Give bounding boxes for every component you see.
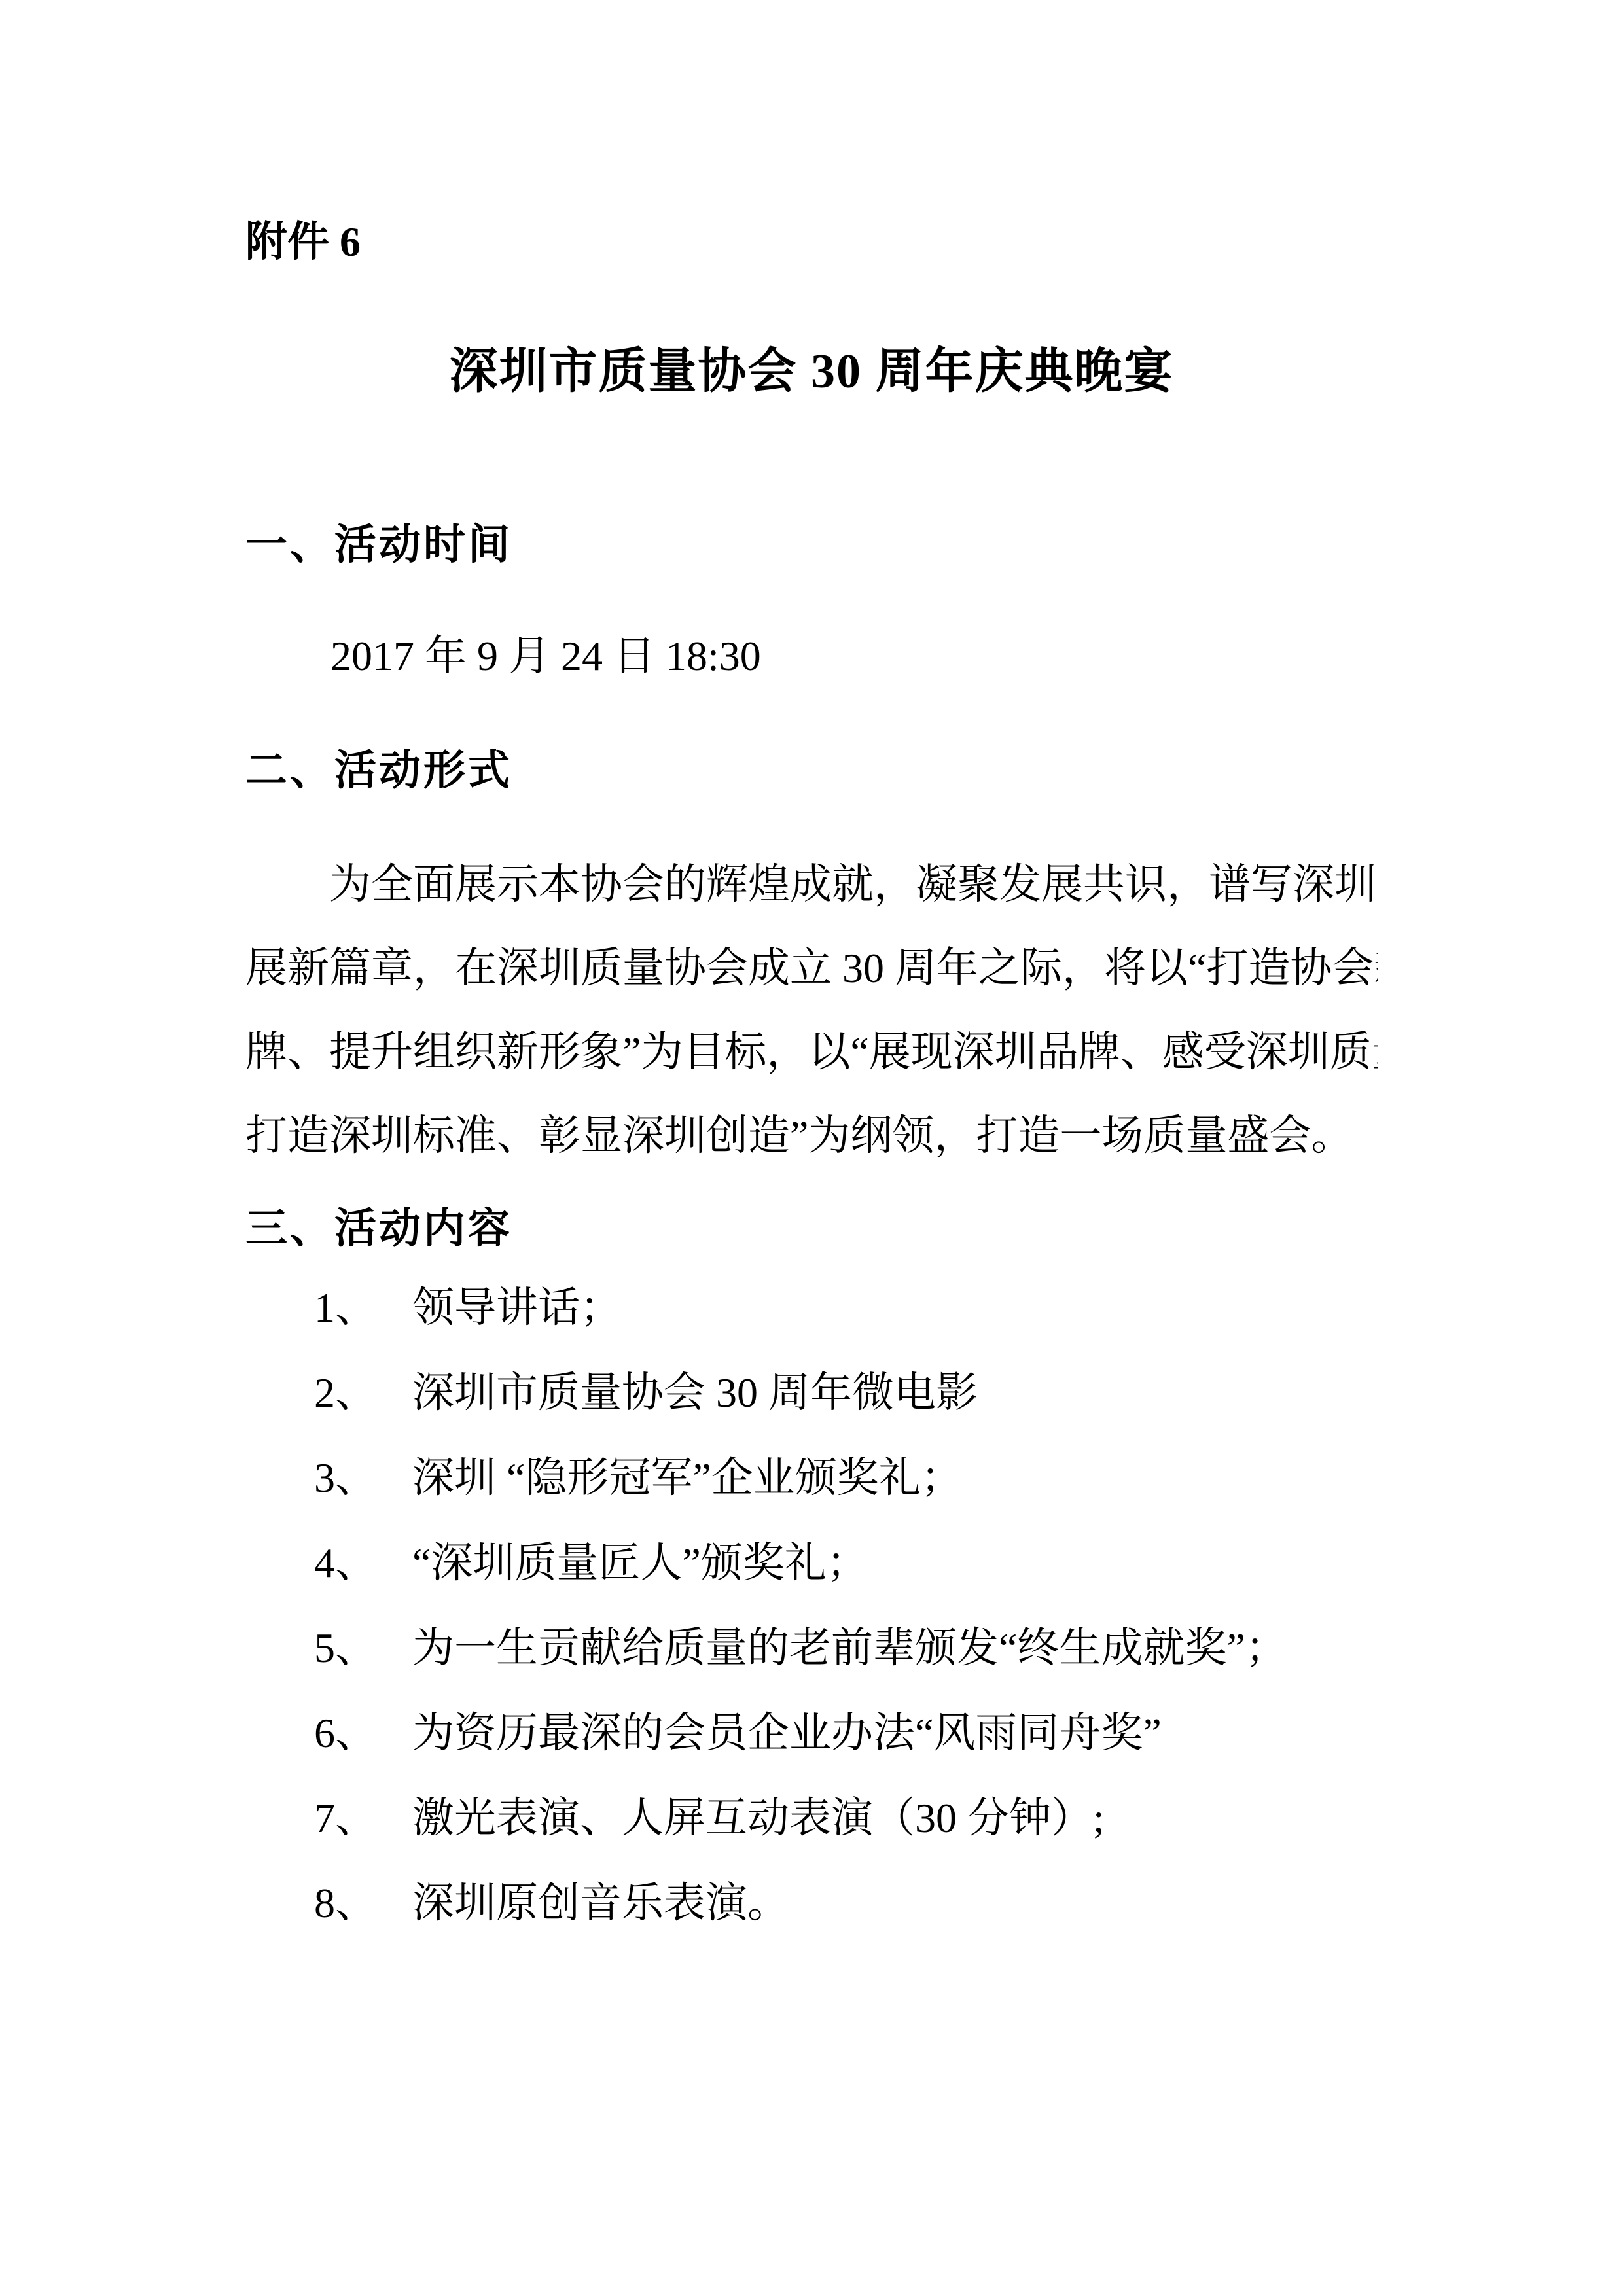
document-page: 附件 6 深圳市质量协会 30 周年庆典晚宴 一、活动时间 2017 年 9 月… — [0, 0, 1623, 2296]
list-item-3: 3、深圳 “隐形冠军”企业颁奖礼； — [245, 1436, 1378, 1521]
item-number: 5、 — [314, 1606, 412, 1691]
item-text: 深圳原创音乐表演。 — [412, 1880, 789, 1926]
attachment-label: 附件 6 — [245, 221, 1378, 263]
section-heading-event-time: 一、活动时间 — [245, 523, 1378, 567]
event-time-text: 2017 年 9 月 24 日 18:30 — [245, 635, 1378, 678]
list-item-1: 1、领导讲话； — [245, 1265, 1378, 1351]
event-content-list: 1、领导讲话； 2、深圳市质量协会 30 周年微电影 3、深圳 “隐形冠军”企业… — [245, 1265, 1378, 1946]
item-text: “深圳质量匠人”颁奖礼； — [412, 1540, 868, 1586]
item-text: 为一生贡献给质量的老前辈颁发“终生成就奖”； — [412, 1625, 1287, 1671]
section-heading-event-format: 二、活动形式 — [245, 749, 1378, 792]
item-text: 激光表演、人屏互动表演（30 分钟）; — [412, 1795, 1105, 1841]
list-item-4: 4、“深圳质量匠人”颁奖礼； — [245, 1521, 1378, 1606]
item-number: 7、 — [314, 1776, 412, 1861]
list-item-2: 2、深圳市质量协会 30 周年微电影 — [245, 1351, 1378, 1436]
document-title: 深圳市质量协会 30 周年庆典晚宴 — [245, 345, 1378, 398]
item-text: 领导讲话； — [412, 1284, 622, 1331]
paragraph-line-2: 展新篇章，在深圳质量协会成立 30 周年之际，将以“打造协会新品 — [245, 927, 1378, 1010]
item-number: 4、 — [314, 1521, 412, 1606]
list-item-8: 8、深圳原创音乐表演。 — [245, 1861, 1378, 1946]
item-text: 为资历最深的会员企业办法“风雨同舟奖” — [412, 1710, 1162, 1756]
section-heading-event-content: 三、活动内容 — [245, 1207, 1378, 1250]
item-number: 1、 — [314, 1265, 412, 1351]
event-format-paragraph: 为全面展示本协会的辉煌成就，凝聚发展共识，谱写深圳质量发 展新篇章，在深圳质量协… — [245, 843, 1378, 1178]
item-number: 6、 — [314, 1691, 412, 1776]
paragraph-line-1: 为全面展示本协会的辉煌成就，凝聚发展共识，谱写深圳质量发 — [245, 843, 1378, 927]
paragraph-line-3: 牌、提升组织新形象”为目标，以“展现深圳品牌、感受深圳质量、 — [245, 1010, 1378, 1094]
list-item-5: 5、为一生贡献给质量的老前辈颁发“终生成就奖”； — [245, 1606, 1378, 1691]
item-text: 深圳市质量协会 30 周年微电影 — [412, 1369, 978, 1416]
list-item-6: 6、为资历最深的会员企业办法“风雨同舟奖” — [245, 1691, 1378, 1776]
list-item-7: 7、激光表演、人屏互动表演（30 分钟）; — [245, 1776, 1378, 1861]
item-text: 深圳 “隐形冠军”企业颁奖礼； — [412, 1455, 963, 1501]
item-number: 8、 — [314, 1861, 412, 1946]
item-number: 2、 — [314, 1351, 412, 1436]
item-number: 3、 — [314, 1436, 412, 1521]
paragraph-line-4: 打造深圳标准、彰显深圳创造”为纲领，打造一场质量盛会。 — [245, 1094, 1378, 1178]
